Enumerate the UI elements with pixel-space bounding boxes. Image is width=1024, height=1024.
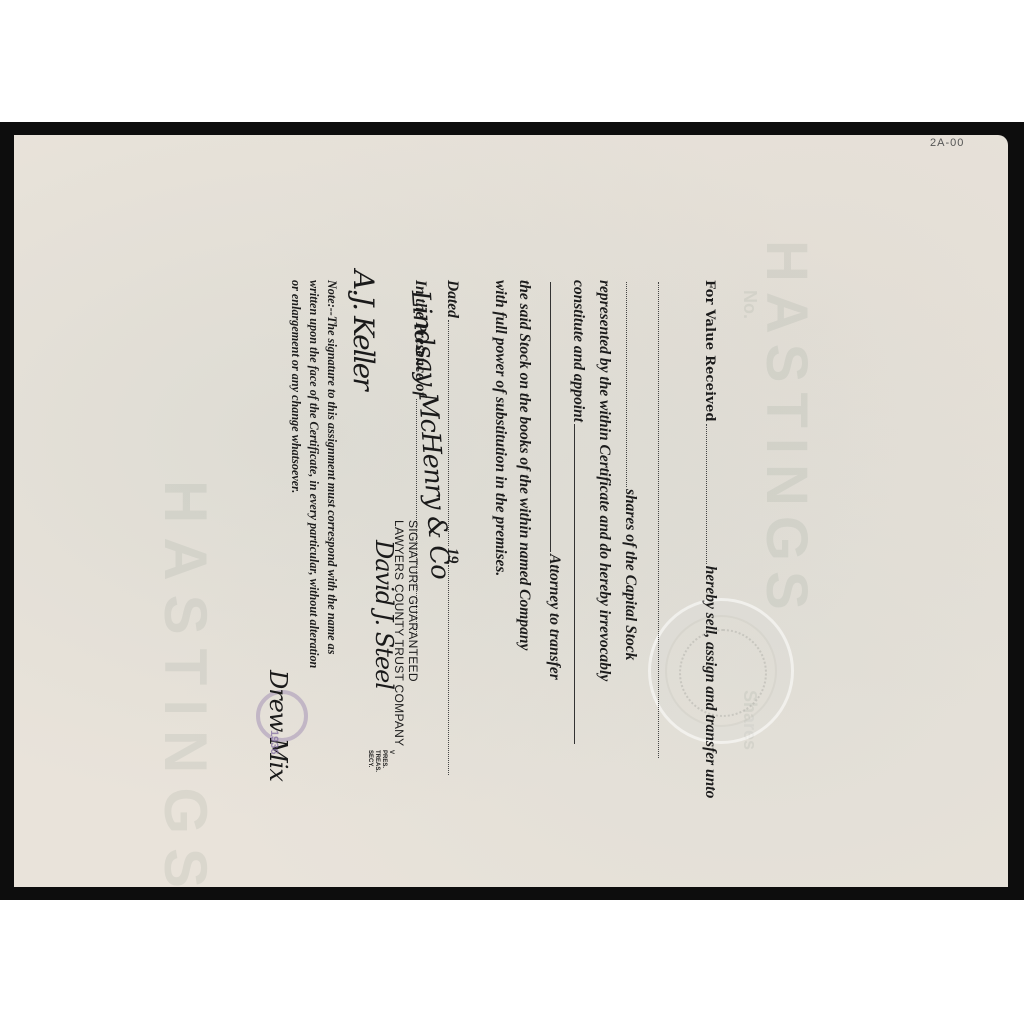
represented-clause: represented by the within Certificate an… xyxy=(596,280,613,681)
assignee-name-line xyxy=(652,280,672,760)
title-vice-president: V PRES. xyxy=(380,750,394,772)
substitution-clause: with full power of substitution in the p… xyxy=(492,280,509,576)
show-through-title: HASTINGS xyxy=(753,240,820,620)
substitution-line: with full power of substitution in the p… xyxy=(490,280,510,576)
title-treasurer: TREAS. xyxy=(373,750,380,772)
assignee-name-blank[interactable] xyxy=(658,282,660,758)
shares-clause: shares of the Capital Stock xyxy=(622,489,639,660)
date-stamp: 1936 xyxy=(268,730,280,754)
show-through-number-label: No. xyxy=(739,290,760,319)
note-line-1: Note:--The signature to this assignment … xyxy=(322,280,342,654)
attorney-name-blank-2[interactable] xyxy=(550,282,552,552)
assignment-block: For Value Receivedhereby sell, assign an… xyxy=(255,280,720,762)
officer-titles: V PRES. TREAS. SECY. xyxy=(366,750,394,772)
note-line-3: or enlargement or any change whatsoever. xyxy=(286,280,306,493)
attorney-name-blank[interactable] xyxy=(574,424,576,744)
attorney-line: Attorney to transfer xyxy=(544,280,564,680)
title-secretary: SECY. xyxy=(366,750,373,772)
note-line-2: written upon the face of the Certificate… xyxy=(304,280,324,668)
constitute-clause: constitute and appoint xyxy=(570,280,587,422)
witness-signature: A.J. Keller xyxy=(347,270,380,389)
catalog-mark: 2A-00 xyxy=(930,137,964,149)
dated-label: Dated xyxy=(444,280,461,318)
represented-line: represented by the within Certificate an… xyxy=(594,280,614,681)
for-value-line: For Value Receivedhereby sell, assign an… xyxy=(700,280,720,798)
books-clause: the said Stock on the books of the withi… xyxy=(516,280,533,650)
show-through-lower-title: HASTINGS xyxy=(151,480,220,902)
books-line: the said Stock on the books of the withi… xyxy=(514,280,534,650)
sell-clause: hereby sell, assign and transfer unto xyxy=(702,566,719,799)
shares-count-blank[interactable] xyxy=(626,282,628,487)
margin-signature: Drew Mix xyxy=(264,670,292,781)
constitute-line: constitute and appoint xyxy=(568,280,588,746)
attorney-clause: Attorney to transfer xyxy=(546,554,563,680)
officer-signature: David J. Steel xyxy=(370,540,398,689)
for-value-received-label: For Value Received xyxy=(702,280,717,422)
signature-blank[interactable] xyxy=(448,565,450,775)
shares-line: shares of the Capital Stock xyxy=(620,280,640,660)
assignee-blank[interactable] xyxy=(706,424,708,564)
